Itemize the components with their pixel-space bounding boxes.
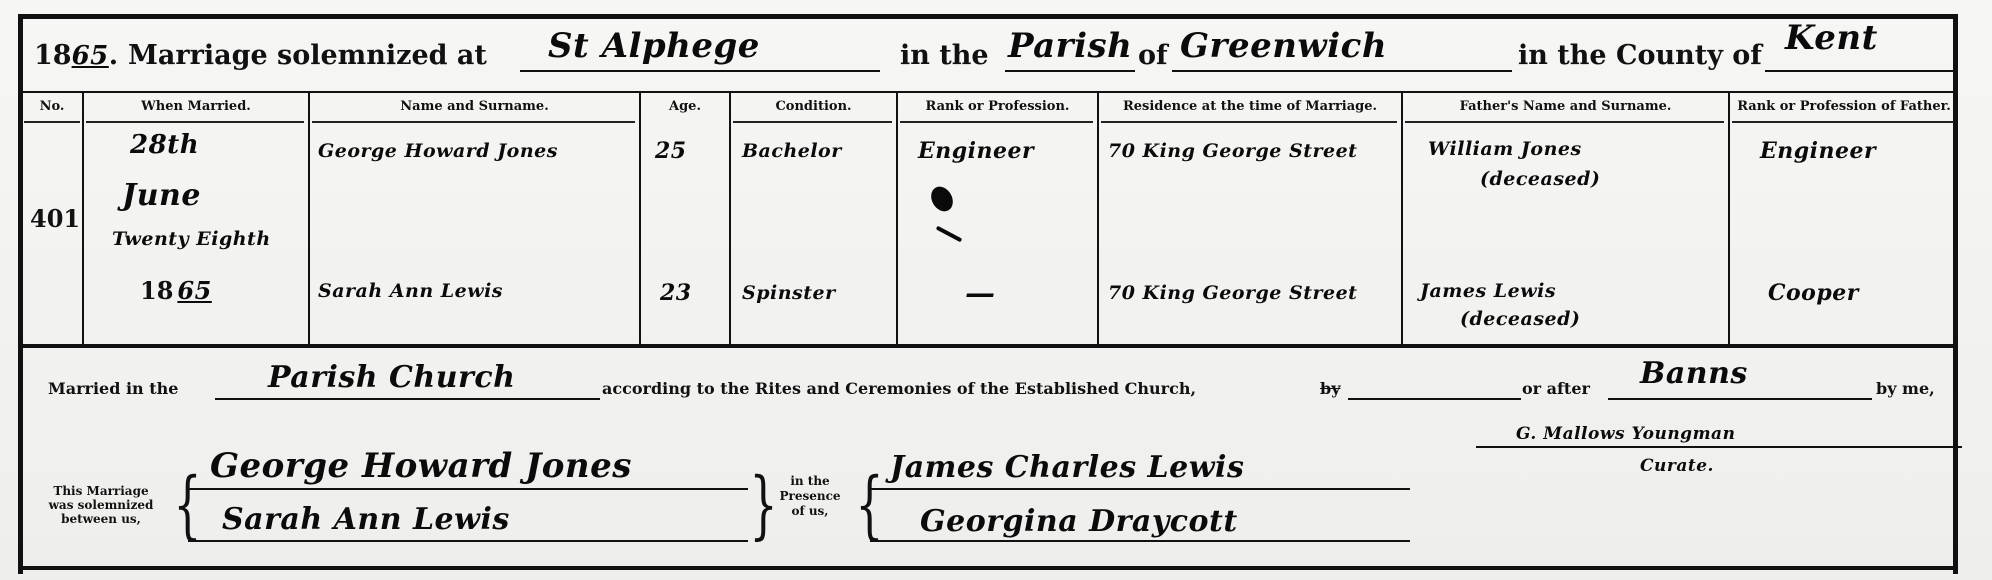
bride-father-note: (deceased) bbox=[1460, 308, 1580, 330]
bride-residence: 70 King George Street bbox=[1108, 282, 1357, 304]
col-divider bbox=[729, 93, 731, 344]
bride-age: 23 bbox=[660, 280, 692, 306]
married-in-underline bbox=[215, 398, 600, 400]
year-suffix: 65 bbox=[72, 41, 109, 71]
marriage-day: 28th bbox=[130, 130, 199, 160]
bride-father-rank: Cooper bbox=[1768, 280, 1859, 306]
between-us-label: This Marriage was solemnized between us, bbox=[36, 484, 166, 526]
column-header-when-married: When Married. bbox=[84, 99, 308, 114]
header-rule bbox=[1101, 121, 1397, 123]
column-header-residence: Residence at the time of Marriage. bbox=[1099, 99, 1401, 114]
district-type: Parish bbox=[1008, 26, 1132, 66]
header-rule bbox=[733, 121, 892, 123]
or-after-value: Banns bbox=[1640, 356, 1748, 391]
party-2-underline bbox=[188, 540, 748, 542]
col-divider bbox=[896, 93, 898, 344]
col-divider bbox=[1097, 93, 1099, 344]
header-rule bbox=[86, 121, 304, 123]
col-divider bbox=[639, 93, 641, 344]
column-header-name: Name and Surname. bbox=[310, 99, 639, 114]
col-divider bbox=[308, 93, 310, 344]
witness-1-signature: James Charles Lewis bbox=[890, 450, 1244, 485]
marriage-month: June bbox=[122, 178, 201, 213]
left-brace: { bbox=[173, 468, 201, 542]
marriage-day-words: Twenty Eighth bbox=[112, 228, 271, 250]
column-header-father-rank: Rank or Profession of Father. bbox=[1730, 99, 1958, 114]
solemnized-label: Marriage solemnized at bbox=[128, 40, 487, 71]
header-rule bbox=[24, 121, 80, 123]
place-name: Greenwich bbox=[1180, 26, 1387, 66]
groom-condition: Bachelor bbox=[742, 140, 842, 162]
witness-1-underline bbox=[870, 488, 1410, 490]
bride-condition: Spinster bbox=[742, 282, 836, 304]
witness-2-signature: Georgina Draycott bbox=[920, 504, 1238, 539]
header-rule bbox=[1405, 121, 1724, 123]
entry-number: 401 bbox=[30, 204, 80, 233]
groom-name: George Howard Jones bbox=[318, 140, 558, 162]
column-header-father-name: Father's Name and Surname. bbox=[1403, 99, 1728, 114]
col-divider bbox=[1728, 93, 1730, 344]
bride-name: Sarah Ann Lewis bbox=[318, 280, 503, 302]
by-struck-label: by bbox=[1320, 379, 1340, 398]
bride-rank: — bbox=[965, 276, 996, 311]
table-top-rule bbox=[22, 91, 1958, 93]
by-licence-underline bbox=[1348, 398, 1521, 400]
county-name: Kent bbox=[1785, 18, 1878, 58]
groom-residence: 70 King George Street bbox=[1108, 140, 1357, 162]
header-rule bbox=[1732, 121, 1954, 123]
column-header-condition: Condition. bbox=[731, 99, 896, 114]
or-after-label: or after bbox=[1522, 379, 1590, 398]
of-label: of bbox=[1138, 40, 1168, 71]
church-name: St Alphege bbox=[548, 26, 760, 66]
groom-signature: George Howard Jones bbox=[210, 446, 632, 486]
column-header-no: No. bbox=[22, 99, 82, 114]
church-underline bbox=[520, 70, 880, 72]
district-type-underline bbox=[1005, 70, 1135, 72]
party-1-underline bbox=[188, 488, 748, 490]
county-label: in the County of bbox=[1518, 40, 1762, 71]
rites-label: according to the Rites and Ceremonies of… bbox=[602, 379, 1196, 398]
officiant-signature: G. Mallows Youngman bbox=[1516, 424, 1735, 444]
groom-father-note: (deceased) bbox=[1480, 168, 1600, 190]
married-in-label: Married in the bbox=[48, 379, 178, 398]
or-after-underline bbox=[1608, 398, 1872, 400]
page-bottom-rule bbox=[22, 566, 1958, 570]
column-header-age: Age. bbox=[641, 99, 729, 114]
officiant-title: Curate. bbox=[1640, 456, 1714, 476]
groom-age: 25 bbox=[655, 138, 687, 164]
marriage-year: 1865 bbox=[140, 276, 212, 305]
column-header-rank: Rank or Profession. bbox=[898, 99, 1097, 114]
bride-father-name: James Lewis bbox=[1420, 280, 1556, 302]
witness-brace: { bbox=[855, 468, 883, 542]
groom-father-name: William Jones bbox=[1428, 138, 1582, 160]
table-bottom-rule bbox=[22, 344, 1958, 348]
col-divider bbox=[1401, 93, 1403, 344]
col-divider bbox=[82, 93, 84, 344]
bride-signature: Sarah Ann Lewis bbox=[222, 502, 510, 537]
officiant-underline bbox=[1476, 446, 1962, 448]
in-the-label: in the bbox=[900, 40, 989, 71]
witness-2-underline bbox=[870, 540, 1410, 542]
groom-rank: Engineer bbox=[918, 138, 1034, 164]
place-underline bbox=[1172, 70, 1512, 72]
header-rule bbox=[900, 121, 1093, 123]
header-rule bbox=[312, 121, 635, 123]
county-underline bbox=[1765, 70, 1955, 72]
presence-label: in the Presence of us, bbox=[770, 474, 850, 519]
by-me-label: by me, bbox=[1876, 379, 1935, 398]
register-page: 1865. Marriage solemnized at St Alphege … bbox=[0, 0, 1992, 580]
year-label: 1865. bbox=[34, 40, 118, 71]
married-in-value: Parish Church bbox=[268, 360, 515, 395]
year-prefix: 18 bbox=[34, 40, 72, 71]
groom-father-rank: Engineer bbox=[1760, 138, 1876, 164]
